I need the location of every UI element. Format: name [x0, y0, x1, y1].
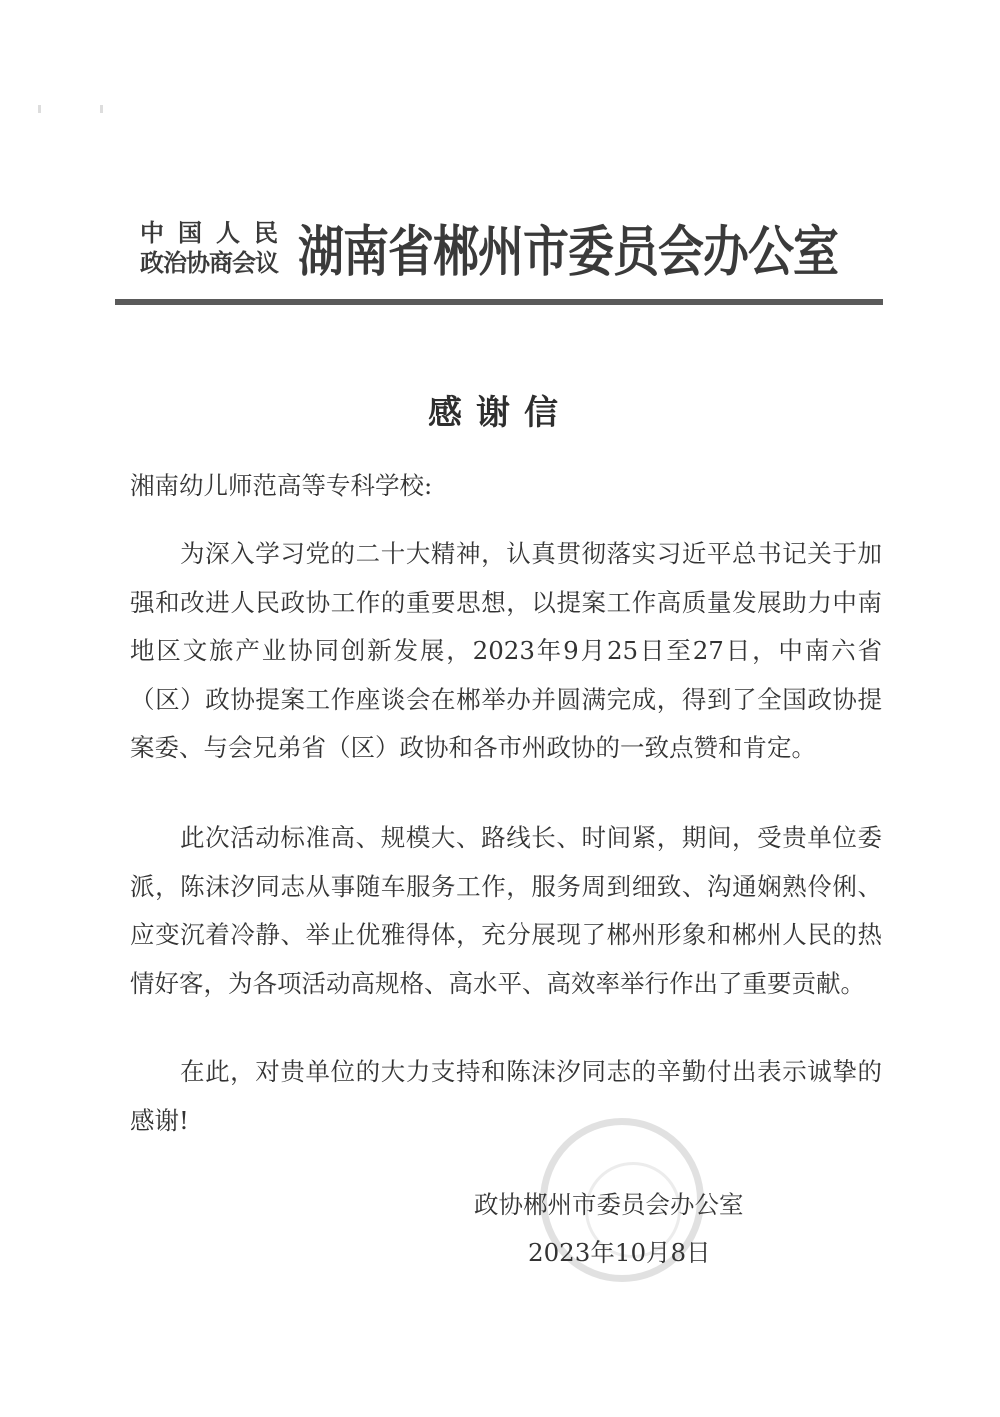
- letterhead-line2: 政治协商会议: [140, 248, 292, 278]
- body-paragraph-2: 此次活动标准高、规模大、路线长、时间紧，期间，受贵单位委派，陈沫汐同志从事随车服…: [130, 814, 882, 1008]
- document-title: 感谢信: [0, 385, 1000, 434]
- letterhead-org-prefix: 中国人民 政治协商会议: [140, 218, 292, 278]
- salutation: 湘南幼儿师范高等专科学校:: [130, 462, 882, 511]
- signature-date: 2023年10月8日: [528, 1234, 711, 1269]
- scan-artifacts: [30, 105, 110, 117]
- body-paragraph-1: 为深入学习党的二十大精神，认真贯彻落实习近平总书记关于加强和改进人民政协工作的重…: [130, 530, 882, 773]
- letterhead: 中国人民 政治协商会议 湖南省郴州市委员会办公室: [140, 208, 838, 288]
- letterhead-divider: [115, 299, 883, 305]
- body-paragraph-3: 在此，对贵单位的大力支持和陈沫汐同志的辛勤付出表示诚挚的感谢!: [130, 1048, 882, 1145]
- letterhead-org-name: 湖南省郴州市委员会办公室: [298, 209, 838, 287]
- signature-issuer: 政协郴州市委员会办公室: [474, 1186, 744, 1221]
- letterhead-line1: 中国人民: [140, 218, 292, 248]
